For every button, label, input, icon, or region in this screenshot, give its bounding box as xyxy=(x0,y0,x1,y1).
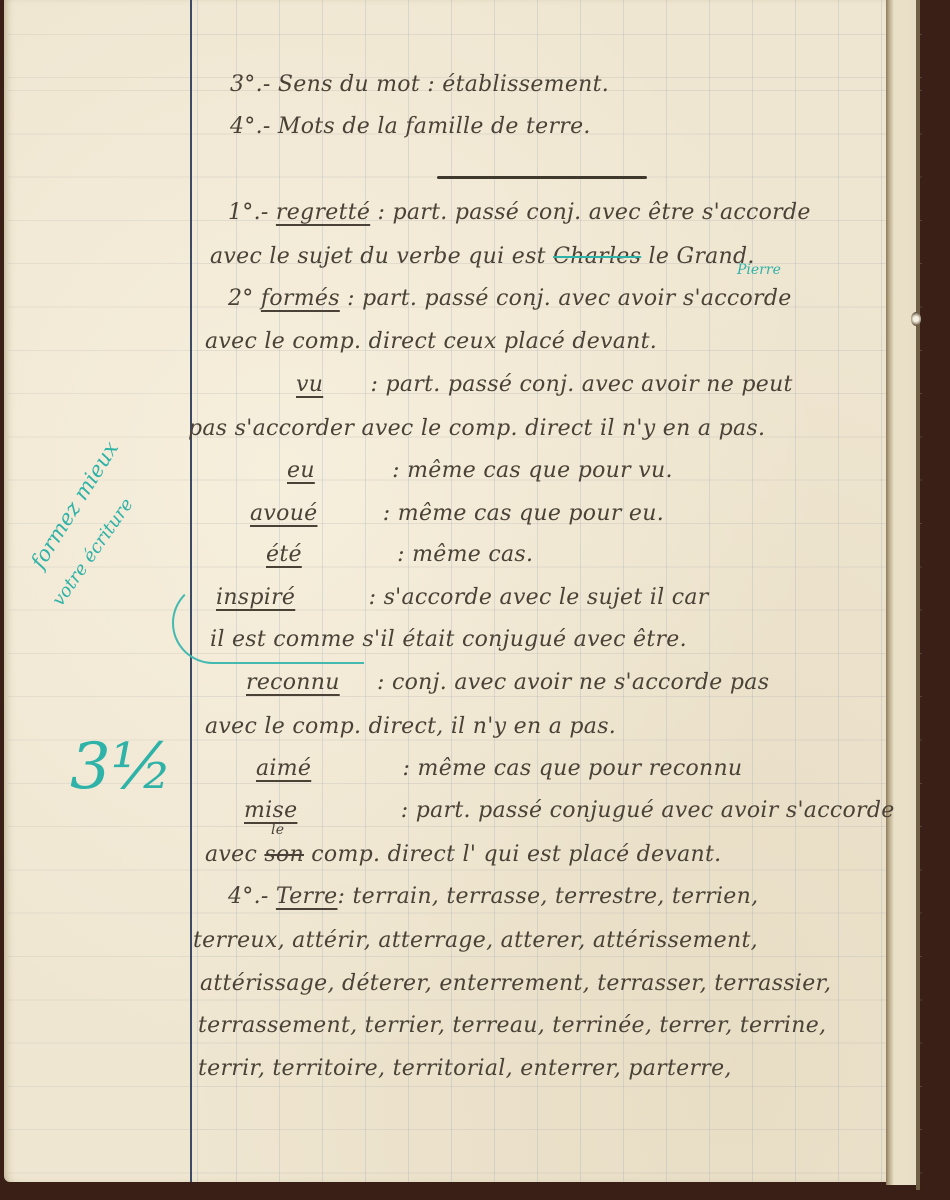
entry-word: aimé xyxy=(256,756,311,781)
margin-ruling xyxy=(8,0,195,1182)
entry-text: comp. direct l' qui est placé devant. xyxy=(311,842,721,867)
header-line-1: 3°.- Sens du mot : établissement. xyxy=(230,72,609,97)
word-list-line: attérissage, déterer, enterrement, terra… xyxy=(200,971,831,996)
entry-avoue: avoué : même cas que pour eu. xyxy=(250,501,664,526)
section-divider xyxy=(437,176,647,179)
entry-text: : s'accorde avec le sujet il car xyxy=(369,585,709,610)
entry-word: avoué xyxy=(250,501,317,526)
entry-ete: été : même cas. xyxy=(266,542,533,567)
header-line-2: 4°.- Mots de la famille de terre. xyxy=(230,114,591,139)
entry-text: avec xyxy=(205,842,257,867)
word-list-line: terreux, attérir, atterrage, atterer, at… xyxy=(193,928,758,953)
entry-vu: vu : part. passé conj. avec avoir ne peu… xyxy=(296,372,793,397)
entry-mise-continuation: avec son comp. direct l' qui est placé d… xyxy=(205,842,721,867)
entry-text: : part. passé conj. avec avoir s'accorde xyxy=(347,286,791,311)
entry-text: : conj. avec avoir ne s'accorde pas xyxy=(377,670,769,695)
header-text: Mots de la famille de terre. xyxy=(278,114,591,139)
word-list-line: terrassement, terrier, terreau, terrinée… xyxy=(198,1013,826,1038)
entry-mise: mise : part. passé conjugué avec avoir s… xyxy=(244,798,895,823)
entry-text: : même cas que pour reconnu xyxy=(403,756,743,781)
entry-word: été xyxy=(266,542,302,567)
entry-word: regretté xyxy=(276,200,370,225)
item-number: 1°.- xyxy=(228,200,269,225)
entry-text: : part. passé conj. avec être s'accorde xyxy=(377,200,810,225)
entry-word: vu xyxy=(296,372,323,397)
item-number: 2° xyxy=(228,286,254,311)
entry-inspire: inspiré : s'accorde avec le sujet il car xyxy=(216,585,709,610)
entry-word: mise xyxy=(244,798,297,823)
entry-word: formés xyxy=(261,286,340,311)
entry-text: : même cas. xyxy=(397,542,533,567)
grade-mark: 3½ xyxy=(70,730,173,804)
entry-word: eu xyxy=(287,458,315,483)
notebook-binding xyxy=(916,0,920,1190)
inserted-word-le: le xyxy=(271,822,284,838)
entry-text: : même cas que pour eu. xyxy=(383,501,664,526)
item-number: 3°.- xyxy=(230,72,271,97)
item-number: 4°.- xyxy=(228,884,269,909)
item-number: 4°.- xyxy=(230,114,271,139)
terre-heading-line: 4°.- Terre: terrain, terrasse, terrestre… xyxy=(228,884,758,909)
correction-pierre: Pierre xyxy=(737,262,781,278)
colon: : xyxy=(337,884,345,909)
entry-regrette-continuation: avec le sujet du verbe qui est Charles l… xyxy=(210,244,755,269)
word-list-line: terrir, territoire, territorial, enterre… xyxy=(198,1056,732,1081)
entry-formes-continuation: avec le comp. direct ceux placé devant. xyxy=(205,329,657,354)
entry-text: : même cas que pour vu. xyxy=(392,458,673,483)
entry-text: : part. passé conjugué avec avoir s'acco… xyxy=(401,798,895,823)
entry-eu: eu : même cas que pour vu. xyxy=(287,458,673,483)
entry-text: avec le sujet du verbe qui est xyxy=(210,244,546,269)
staple xyxy=(911,312,921,326)
entry-aime: aimé : même cas que pour reconnu xyxy=(256,756,742,781)
entry-formes: 2° formés : part. passé conj. avec avoir… xyxy=(228,286,792,311)
entry-word: reconnu xyxy=(246,670,340,695)
crossed-word: son xyxy=(264,842,304,867)
header-text: Sens du mot : établissement. xyxy=(278,72,609,97)
word-list-line: terrain, terrasse, terrestre, terrien, xyxy=(352,884,758,909)
entry-vu-continuation: pas s'accorder avec le comp. direct il n… xyxy=(188,416,765,441)
entry-reconnu: reconnu : conj. avec avoir ne s'accorde … xyxy=(246,670,769,695)
entry-word: inspiré xyxy=(216,585,295,610)
entry-word: Terre xyxy=(276,884,338,909)
crossed-word: Charles xyxy=(553,244,641,269)
entry-text: : part. passé conj. avec avoir ne peut xyxy=(371,372,793,397)
entry-reconnu-continuation: avec le comp. direct, il n'y en a pas. xyxy=(205,714,616,739)
entry-inspire-continuation: il est comme s'il était conjugué avec êt… xyxy=(210,627,687,652)
page-gutter xyxy=(886,0,918,1185)
entry-regrette: 1°.- regretté : part. passé conj. avec ê… xyxy=(228,200,811,225)
